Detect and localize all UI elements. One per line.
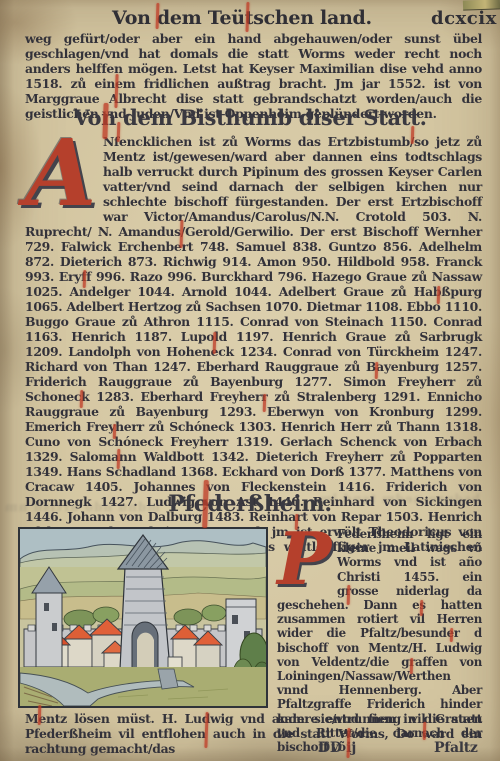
show-through-text: Gnb un <box>18 744 108 758</box>
rubrication-mark <box>80 390 84 408</box>
rubrication-mark <box>263 394 267 412</box>
rubrication-mark <box>375 362 379 379</box>
rubrication-mark <box>450 628 453 642</box>
rubrication-mark <box>83 270 87 288</box>
rubrication-mark <box>420 600 424 616</box>
pfedersheim-woodcut <box>18 527 268 708</box>
book-page: Von dem Teütschen land. dcxcix weg gefür… <box>0 0 500 761</box>
rubrication-mark <box>295 514 299 530</box>
ornate-initial-a: A <box>25 136 95 216</box>
rubrication-mark <box>113 424 117 439</box>
catchword: Pfaltz <box>434 740 478 756</box>
rubrication-mark <box>437 286 441 304</box>
ornate-initial-p: P <box>277 528 331 598</box>
rubrication-mark <box>423 722 427 740</box>
adjacent-page-edge <box>463 0 500 11</box>
running-title: Von dem Teütschen land. <box>112 7 372 29</box>
signature-mark: DD ij <box>318 740 356 756</box>
show-through-text: mdnu ndo urtlsd nm <box>20 500 160 514</box>
show-through-text: bsduro nedm tsnd lm <box>300 492 480 506</box>
page-number: dcxcix <box>431 8 497 29</box>
rubrication-mark <box>411 126 415 144</box>
rubrication-mark <box>410 658 414 674</box>
